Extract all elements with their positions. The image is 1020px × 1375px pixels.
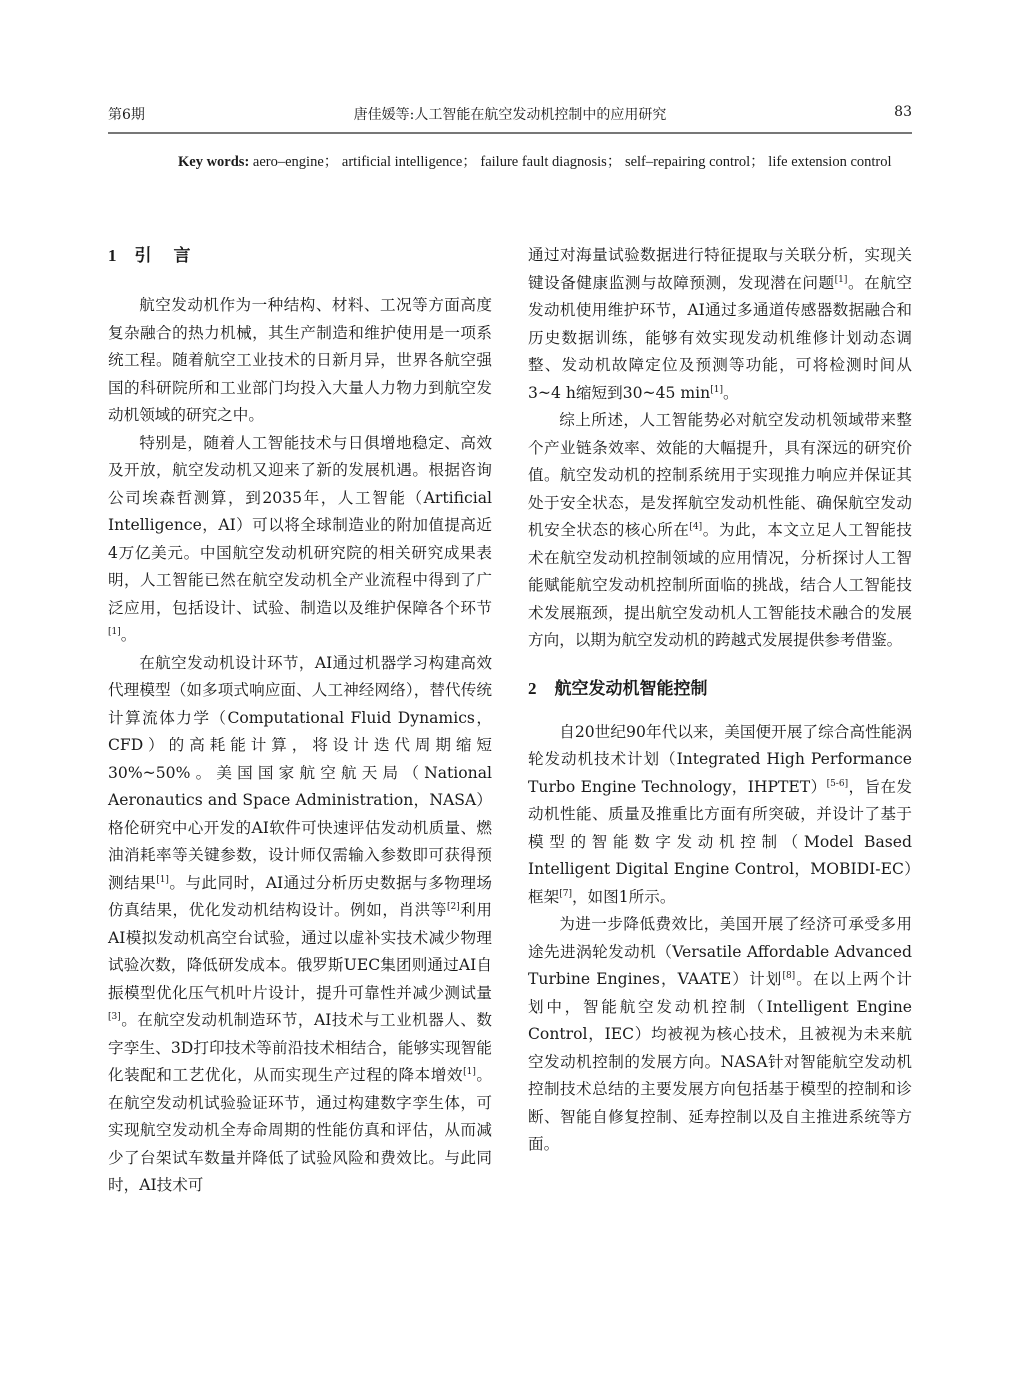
keywords-text: aero–engine； artificial intelligence； fa… [249, 154, 891, 170]
paragraph: 特别是，随着人工智能技术与日俱增地稳定、高效及开放，航空发动机又迎来了新的发展机… [108, 430, 492, 650]
section-number: 1 [108, 246, 117, 265]
section-title: 航空发动机智能控制 [555, 679, 708, 699]
paragraph-text: ，旨在发动机性能、质量及推重比方面有所突破，并设计了基于模型的智能数字发动机控制… [528, 778, 912, 906]
section-2-heading: 2航空发动机智能控制 [528, 675, 912, 703]
paragraph: 综上所述，人工智能势必对航空发动机领域带来整个产业链条效率、效能的大幅提升，具有… [528, 407, 912, 655]
paragraph-text: 。在航空发动机使用维护环节，AI通过多通道传感器数据融合和历史数据训练，能够有效… [528, 274, 912, 402]
keywords: Key words: aero–engine； artificial intel… [108, 150, 912, 175]
paragraph-text: 。在航空发动机制造环节，AI技术与工业机器人、数字孪生、3D打印技术等前沿技术相… [108, 1011, 492, 1084]
paragraph: 自20世纪90年代以来，美国便开展了综合高性能涡轮发动机技术计划（Integra… [528, 719, 912, 912]
section-1-heading: 1引言 [108, 242, 492, 270]
citation[interactable]: [1] [108, 627, 121, 637]
running-title: 唐佳媛等:人工智能在航空发动机控制中的应用研究 [108, 104, 912, 124]
paragraph-text: 综上所述，人工智能势必对航空发动机领域带来整个产业链条效率、效能的大幅提升，具有… [528, 411, 912, 539]
paragraph: 为进一步降低费效比，美国开展了经济可承受多用途先进涡轮发动机（Versatile… [528, 911, 912, 1159]
paragraph-text: 。在航空发动机试验验证环节，通过构建数字孪生体，可实现航空发动机全寿命周期的性能… [108, 1066, 492, 1194]
header-rule [108, 132, 912, 134]
paragraph-text: 。为此，本文立足人工智能技术在航空发动机控制领域的应用情况，分析探讨人工智能赋能… [528, 521, 912, 649]
citation[interactable]: [8] [782, 971, 795, 981]
citation[interactable]: [5-6] [827, 779, 849, 789]
citation[interactable]: [3] [108, 1012, 121, 1022]
paragraph-text: 在航空发动机设计环节，AI通过机器学习构建高效代理模型（如多项式响应面、人工神经… [108, 654, 492, 892]
paragraph-text: 特别是，随着人工智能技术与日俱增地稳定、高效及开放，航空发动机又迎来了新的发展机… [108, 434, 492, 617]
running-head: 第6期 唐佳媛等:人工智能在航空发动机控制中的应用研究 83 [108, 104, 912, 130]
left-column: 1引言 航空发动机作为一种结构、材料、工况等方面高度复杂融合的热力机械，其生产制… [108, 242, 492, 1200]
paragraph-text: 。 [723, 384, 739, 402]
citation[interactable]: [4] [689, 522, 702, 532]
right-column: 通过对海量试验数据进行特征提取与关联分析，实现关键设备健康监测与故障预测，发现潜… [528, 242, 912, 1159]
paragraph: 通过对海量试验数据进行特征提取与关联分析，实现关键设备健康监测与故障预测，发现潜… [528, 242, 912, 407]
citation[interactable]: [1] [835, 275, 848, 285]
keywords-label: Key words: [108, 154, 249, 170]
section-title: 引言 [135, 246, 213, 266]
citation[interactable]: [1] [463, 1067, 476, 1077]
paragraph: 航空发动机作为一种结构、材料、工况等方面高度复杂融合的热力机械，其生产制造和维护… [108, 292, 492, 430]
citation[interactable]: [1] [156, 875, 169, 885]
paragraph-text: 。在以上两个计划中，智能航空发动机控制（Intelligent Engine C… [528, 970, 912, 1153]
page-number: 83 [894, 104, 912, 120]
section-number: 2 [528, 679, 537, 698]
citation[interactable]: [1] [710, 385, 723, 395]
citation[interactable]: [2] [447, 902, 460, 912]
paragraph-text: ，如图1所示。 [572, 888, 675, 906]
paragraph: 在航空发动机设计环节，AI通过机器学习构建高效代理模型（如多项式响应面、人工神经… [108, 650, 492, 1200]
citation[interactable]: [7] [559, 889, 572, 899]
